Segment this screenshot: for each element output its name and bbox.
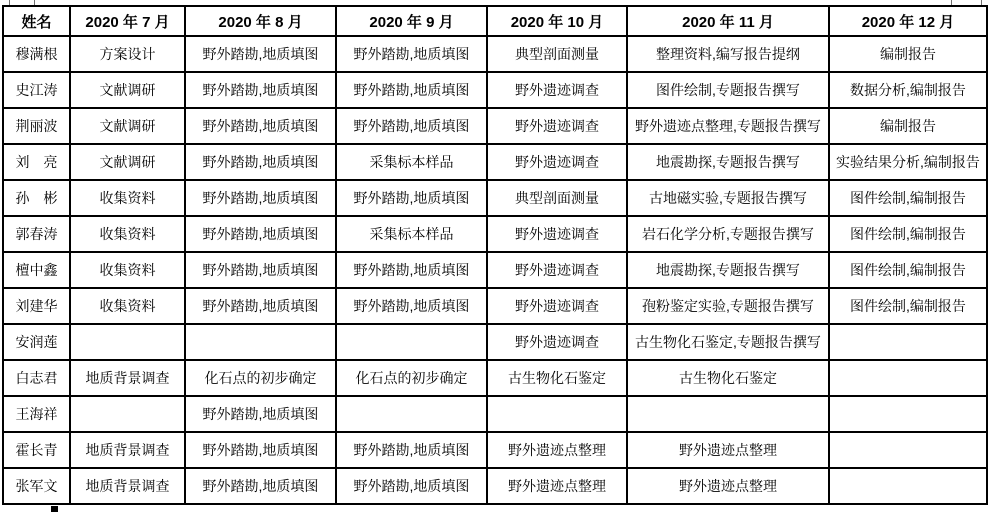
task-cell: 野外遗迹点整理 bbox=[487, 468, 627, 504]
task-cell: 图件绘制,编制报告 bbox=[829, 252, 987, 288]
task-cell bbox=[336, 396, 487, 432]
task-cell: 野外踏勘,地质填图 bbox=[185, 216, 336, 252]
task-cell: 野外踏勘,地质填图 bbox=[185, 108, 336, 144]
task-cell: 整理资料,编写报告提纲 bbox=[627, 36, 829, 72]
work-schedule-table: 姓名2020 年 7 月2020 年 8 月2020 年 9 月2020 年 1… bbox=[2, 5, 988, 505]
task-cell: 文献调研 bbox=[70, 108, 185, 144]
task-cell: 野外踏勘,地质填图 bbox=[336, 432, 487, 468]
task-cell: 采集标本样品 bbox=[336, 216, 487, 252]
task-cell bbox=[829, 396, 987, 432]
column-header: 2020 年 9 月 bbox=[336, 6, 487, 36]
task-cell: 文献调研 bbox=[70, 72, 185, 108]
task-cell: 岩石化学分析,专题报告撰写 bbox=[627, 216, 829, 252]
task-cell: 地震勘探,专题报告撰写 bbox=[627, 144, 829, 180]
task-cell bbox=[70, 324, 185, 360]
task-cell: 地质背景调查 bbox=[70, 360, 185, 396]
task-cell: 野外踏勘,地质填图 bbox=[336, 288, 487, 324]
name-cell: 穆满根 bbox=[3, 36, 70, 72]
task-cell: 古生物化石鉴定 bbox=[487, 360, 627, 396]
task-cell: 野外遗迹点整理,专题报告撰写 bbox=[627, 108, 829, 144]
document-page: 姓名2020 年 7 月2020 年 8 月2020 年 9 月2020 年 1… bbox=[0, 0, 992, 513]
task-cell bbox=[829, 324, 987, 360]
table-row: 孙 彬收集资料野外踏勘,地质填图野外踏勘,地质填图典型剖面测量古地磁实验,专题报… bbox=[3, 180, 987, 216]
table-row: 刘建华收集资料野外踏勘,地质填图野外踏勘,地质填图野外遗迹调查孢粉鉴定实验,专题… bbox=[3, 288, 987, 324]
name-cell: 王海祥 bbox=[3, 396, 70, 432]
task-cell: 野外踏勘,地质填图 bbox=[185, 252, 336, 288]
task-cell: 野外遗迹调查 bbox=[487, 324, 627, 360]
name-cell: 刘 亮 bbox=[3, 144, 70, 180]
column-header: 姓名 bbox=[3, 6, 70, 36]
task-cell: 野外遗迹点整理 bbox=[487, 432, 627, 468]
table-row: 霍长青地质背景调查野外踏勘,地质填图野外踏勘,地质填图野外遗迹点整理野外遗迹点整… bbox=[3, 432, 987, 468]
name-cell: 郭春涛 bbox=[3, 216, 70, 252]
task-cell: 野外踏勘,地质填图 bbox=[336, 36, 487, 72]
task-cell bbox=[70, 396, 185, 432]
task-cell: 编制报告 bbox=[829, 36, 987, 72]
task-cell: 古生物化石鉴定,专题报告撰写 bbox=[627, 324, 829, 360]
column-header: 2020 年 7 月 bbox=[70, 6, 185, 36]
column-header: 2020 年 12 月 bbox=[829, 6, 987, 36]
name-cell: 檀中鑫 bbox=[3, 252, 70, 288]
table-row: 穆满根方案设计野外踏勘,地质填图野外踏勘,地质填图典型剖面测量整理资料,编写报告… bbox=[3, 36, 987, 72]
task-cell: 野外踏勘,地质填图 bbox=[336, 72, 487, 108]
task-cell: 收集资料 bbox=[70, 288, 185, 324]
task-cell: 野外踏勘,地质填图 bbox=[185, 72, 336, 108]
table-row: 王海祥野外踏勘,地质填图 bbox=[3, 396, 987, 432]
task-cell: 野外踏勘,地质填图 bbox=[185, 36, 336, 72]
task-cell: 野外遗迹调查 bbox=[487, 72, 627, 108]
task-cell: 野外踏勘,地质填图 bbox=[336, 468, 487, 504]
task-cell bbox=[185, 324, 336, 360]
task-cell: 收集资料 bbox=[70, 216, 185, 252]
task-cell bbox=[487, 396, 627, 432]
task-cell: 典型剖面测量 bbox=[487, 180, 627, 216]
column-header: 2020 年 8 月 bbox=[185, 6, 336, 36]
task-cell bbox=[627, 396, 829, 432]
task-cell: 方案设计 bbox=[70, 36, 185, 72]
task-cell: 采集标本样品 bbox=[336, 144, 487, 180]
task-cell: 野外遗迹调查 bbox=[487, 144, 627, 180]
name-cell: 安润莲 bbox=[3, 324, 70, 360]
task-cell: 实验结果分析,编制报告 bbox=[829, 144, 987, 180]
task-cell: 野外遗迹调查 bbox=[487, 288, 627, 324]
table-row: 郭春涛收集资料野外踏勘,地质填图采集标本样品野外遗迹调查岩石化学分析,专题报告撰… bbox=[3, 216, 987, 252]
name-cell: 霍长青 bbox=[3, 432, 70, 468]
task-cell: 图件绘制,专题报告撰写 bbox=[627, 72, 829, 108]
task-cell: 野外踏勘,地质填图 bbox=[185, 396, 336, 432]
task-cell bbox=[829, 360, 987, 396]
task-cell: 文献调研 bbox=[70, 144, 185, 180]
task-cell: 地质背景调查 bbox=[70, 468, 185, 504]
name-cell: 白志君 bbox=[3, 360, 70, 396]
task-cell: 野外遗迹点整理 bbox=[627, 468, 829, 504]
name-cell: 史江涛 bbox=[3, 72, 70, 108]
task-cell: 野外踏勘,地质填图 bbox=[336, 180, 487, 216]
task-cell: 图件绘制,编制报告 bbox=[829, 216, 987, 252]
task-cell: 野外遗迹调查 bbox=[487, 108, 627, 144]
task-cell: 野外遗迹调查 bbox=[487, 252, 627, 288]
task-cell: 收集资料 bbox=[70, 252, 185, 288]
table-row: 刘 亮文献调研野外踏勘,地质填图采集标本样品野外遗迹调查地震勘探,专题报告撰写实… bbox=[3, 144, 987, 180]
task-cell: 收集资料 bbox=[70, 180, 185, 216]
task-cell: 地质背景调查 bbox=[70, 432, 185, 468]
name-cell: 张军文 bbox=[3, 468, 70, 504]
task-cell: 典型剖面测量 bbox=[487, 36, 627, 72]
table-row: 史江涛文献调研野外踏勘,地质填图野外踏勘,地质填图野外遗迹调查图件绘制,专题报告… bbox=[3, 72, 987, 108]
task-cell: 野外踏勘,地质填图 bbox=[185, 468, 336, 504]
task-cell: 野外遗迹点整理 bbox=[627, 432, 829, 468]
task-cell: 野外踏勘,地质填图 bbox=[185, 432, 336, 468]
column-header: 2020 年 10 月 bbox=[487, 6, 627, 36]
task-cell: 古生物化石鉴定 bbox=[627, 360, 829, 396]
name-cell: 孙 彬 bbox=[3, 180, 70, 216]
header-row: 姓名2020 年 7 月2020 年 8 月2020 年 9 月2020 年 1… bbox=[3, 6, 987, 36]
task-cell: 孢粉鉴定实验,专题报告撰写 bbox=[627, 288, 829, 324]
table-body: 穆满根方案设计野外踏勘,地质填图野外踏勘,地质填图典型剖面测量整理资料,编写报告… bbox=[3, 36, 987, 504]
task-cell: 野外遗迹调查 bbox=[487, 216, 627, 252]
table-row: 白志君地质背景调查化石点的初步确定化石点的初步确定古生物化石鉴定古生物化石鉴定 bbox=[3, 360, 987, 396]
task-cell: 编制报告 bbox=[829, 108, 987, 144]
task-cell: 野外踏勘,地质填图 bbox=[185, 180, 336, 216]
table-row: 张军文地质背景调查野外踏勘,地质填图野外踏勘,地质填图野外遗迹点整理野外遗迹点整… bbox=[3, 468, 987, 504]
task-cell: 野外踏勘,地质填图 bbox=[185, 144, 336, 180]
task-cell: 地震勘探,专题报告撰写 bbox=[627, 252, 829, 288]
name-cell: 刘建华 bbox=[3, 288, 70, 324]
task-cell: 野外踏勘,地质填图 bbox=[336, 252, 487, 288]
task-cell bbox=[829, 432, 987, 468]
table-row: 安润莲野外遗迹调查古生物化石鉴定,专题报告撰写 bbox=[3, 324, 987, 360]
task-cell: 野外踏勘,地质填图 bbox=[336, 108, 487, 144]
task-cell bbox=[336, 324, 487, 360]
task-cell: 图件绘制,编制报告 bbox=[829, 288, 987, 324]
task-cell: 化石点的初步确定 bbox=[336, 360, 487, 396]
task-cell: 野外踏勘,地质填图 bbox=[185, 288, 336, 324]
task-cell: 古地磁实验,专题报告撰写 bbox=[627, 180, 829, 216]
table-row: 檀中鑫收集资料野外踏勘,地质填图野外踏勘,地质填图野外遗迹调查地震勘探,专题报告… bbox=[3, 252, 987, 288]
task-cell: 图件绘制,编制报告 bbox=[829, 180, 987, 216]
task-cell: 数据分析,编制报告 bbox=[829, 72, 987, 108]
name-cell: 荆丽波 bbox=[3, 108, 70, 144]
task-cell bbox=[829, 468, 987, 504]
table-resize-handle[interactable] bbox=[51, 506, 58, 512]
column-header: 2020 年 11 月 bbox=[627, 6, 829, 36]
table-row: 荆丽波文献调研野外踏勘,地质填图野外踏勘,地质填图野外遗迹调查野外遗迹点整理,专… bbox=[3, 108, 987, 144]
task-cell: 化石点的初步确定 bbox=[185, 360, 336, 396]
